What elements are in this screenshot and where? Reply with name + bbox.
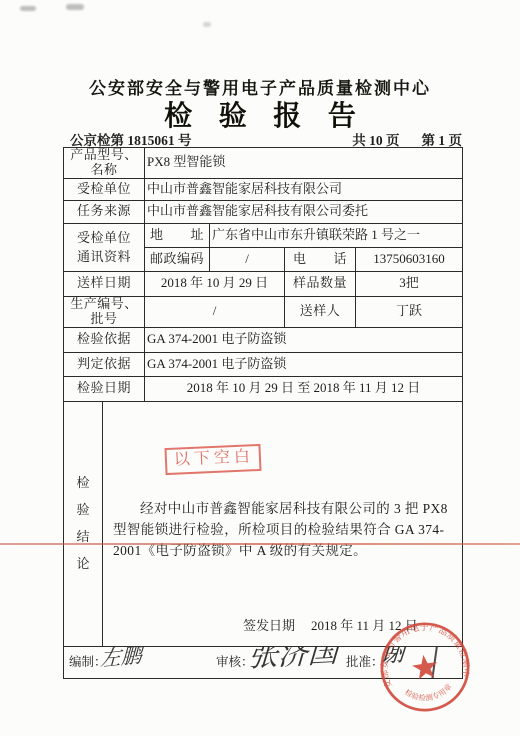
sample-qty-value: 3把	[356, 271, 463, 296]
table-row: 检验依据 GA 374-2001 电子防盗锁	[64, 327, 463, 352]
contact-label-line1: 受检单位	[66, 228, 142, 248]
table-row: 生产编号、批号 / 送样人 丁跃	[64, 296, 463, 327]
stamp-banner-text: 检验检测专用章	[402, 681, 455, 706]
judgment-basis-label: 判定依据	[64, 352, 145, 376]
issue-date-label: 签发日期	[243, 619, 295, 634]
pages-total: 共 10 页	[352, 129, 399, 149]
conclusion-label-char: 结	[76, 530, 89, 545]
postcode-value: /	[210, 247, 285, 271]
scan-artifact	[203, 22, 211, 27]
inspected-unit-value: 中山市普鑫智能家居科技有限公司	[145, 178, 463, 200]
blank-below-stamp: 以下空白	[164, 444, 261, 476]
prepared-by-signature: 左鹏	[100, 646, 143, 671]
contact-label: 受检单位 通讯资料	[64, 223, 145, 271]
report-title: 检验报告	[0, 94, 520, 134]
report-number: 公京检第 1815061 号	[70, 129, 192, 149]
batch-value: /	[145, 296, 285, 327]
table-row: 检验日期 2018 年 10 月 29 日 至 2018 年 11 月 12 日	[64, 376, 463, 401]
table-row: 受检单位 通讯资料 地 址 广东省中山市东升镇联荣路 1 号之一	[64, 223, 463, 247]
postcode-label: 邮政编码	[145, 247, 210, 271]
inspection-date-value: 2018 年 10 月 29 日 至 2018 年 11 月 12 日	[145, 376, 463, 401]
approved-by-signature: 谢	[379, 646, 408, 670]
report-meta-row: 公京检第 1815061 号 共 10 页 第 1 页	[70, 129, 462, 149]
product-value: PX8 型智能锁	[145, 148, 463, 179]
inspection-basis-label: 检验依据	[64, 327, 145, 352]
inspection-date-label: 检验日期	[64, 376, 145, 401]
table-row: 判定依据 GA 374-2001 电子防盗锁	[64, 352, 463, 376]
approved-signature-stroke	[427, 646, 438, 678]
page-current: 第 1 页	[422, 129, 463, 149]
conclusion-cell: 经对中山市普鑫智能家居科技有限公司的 3 把 PX8 型智能锁进行检验，所检项目…	[103, 401, 463, 646]
conclusion-label-char: 验	[76, 503, 89, 518]
conclusion-text: 经对中山市普鑫智能家居科技有限公司的 3 把 PX8 型智能锁进行检验，所检项目…	[113, 498, 452, 561]
issue-date-value: 2018 年 11 月 12 日	[311, 619, 418, 634]
task-source-label: 任务来源	[64, 200, 145, 223]
product-label: 产品型号、名称	[64, 148, 145, 179]
scanned-report-page: 公安部安全与警用电子产品质量检测中心 检验报告 公京检第 1815061 号 共…	[0, 0, 520, 736]
judgment-basis-value: GA 374-2001 电子防盗锁	[145, 352, 463, 376]
inspection-basis-value: GA 374-2001 电子防盗锁	[145, 327, 463, 352]
table-row: 任务来源 中山市普鑫智能家居科技有限公司委托	[64, 200, 463, 223]
conclusion-label: 检 验 结 论	[64, 401, 103, 646]
signature-row: 编制： 左鹏 审核： 张济国 批准： 谢	[64, 646, 463, 678]
reviewed-by-signature: 张济国	[247, 646, 339, 674]
table-row: 送样日期 2018 年 10 月 29 日 样品数量 3把	[64, 271, 463, 296]
scan-artifact	[20, 6, 36, 11]
address-value: 广东省中山市东升镇联荣路 1 号之一	[210, 223, 463, 247]
issue-date-line: 签发日期 2018 年 11 月 12 日	[243, 619, 418, 634]
sample-date-label: 送样日期	[64, 271, 145, 296]
inspected-unit-label: 受检单位	[64, 178, 145, 200]
conclusion-label-char: 检	[76, 476, 89, 491]
sender-label: 送样人	[285, 296, 356, 327]
conclusion-row: 检 验 结 论 经对中山市普鑫智能家居科技有限公司的 3 把 PX8 型智能锁进…	[64, 401, 463, 646]
report-table: 产品型号、名称 PX8 型智能锁 受检单位 中山市普鑫智能家居科技有限公司 任务…	[63, 147, 463, 679]
batch-label: 生产编号、批号	[64, 296, 145, 327]
sender-value: 丁跃	[356, 296, 463, 327]
signature-cell: 编制： 左鹏 审核： 张济国 批准： 谢	[64, 646, 463, 678]
svg-text:检验检测专用章: 检验检测专用章	[402, 681, 455, 706]
conclusion-label-char: 论	[76, 557, 89, 572]
address-label: 地 址	[145, 223, 210, 247]
table-row: 产品型号、名称 PX8 型智能锁	[64, 148, 463, 179]
approved-by-label: 批准：	[346, 655, 384, 669]
sample-date-value: 2018 年 10 月 29 日	[145, 271, 285, 296]
task-source-value: 中山市普鑫智能家居科技有限公司委托	[145, 200, 463, 223]
phone-label: 电 话	[285, 247, 356, 271]
table-row: 受检单位 中山市普鑫智能家居科技有限公司	[64, 178, 463, 200]
sample-qty-label: 样品数量	[285, 271, 356, 296]
contact-label-line2: 通讯资料	[66, 247, 142, 267]
page-count: 共 10 页 第 1 页	[352, 129, 462, 149]
phone-value: 13750603160	[356, 247, 463, 271]
scan-artifact	[66, 4, 84, 10]
